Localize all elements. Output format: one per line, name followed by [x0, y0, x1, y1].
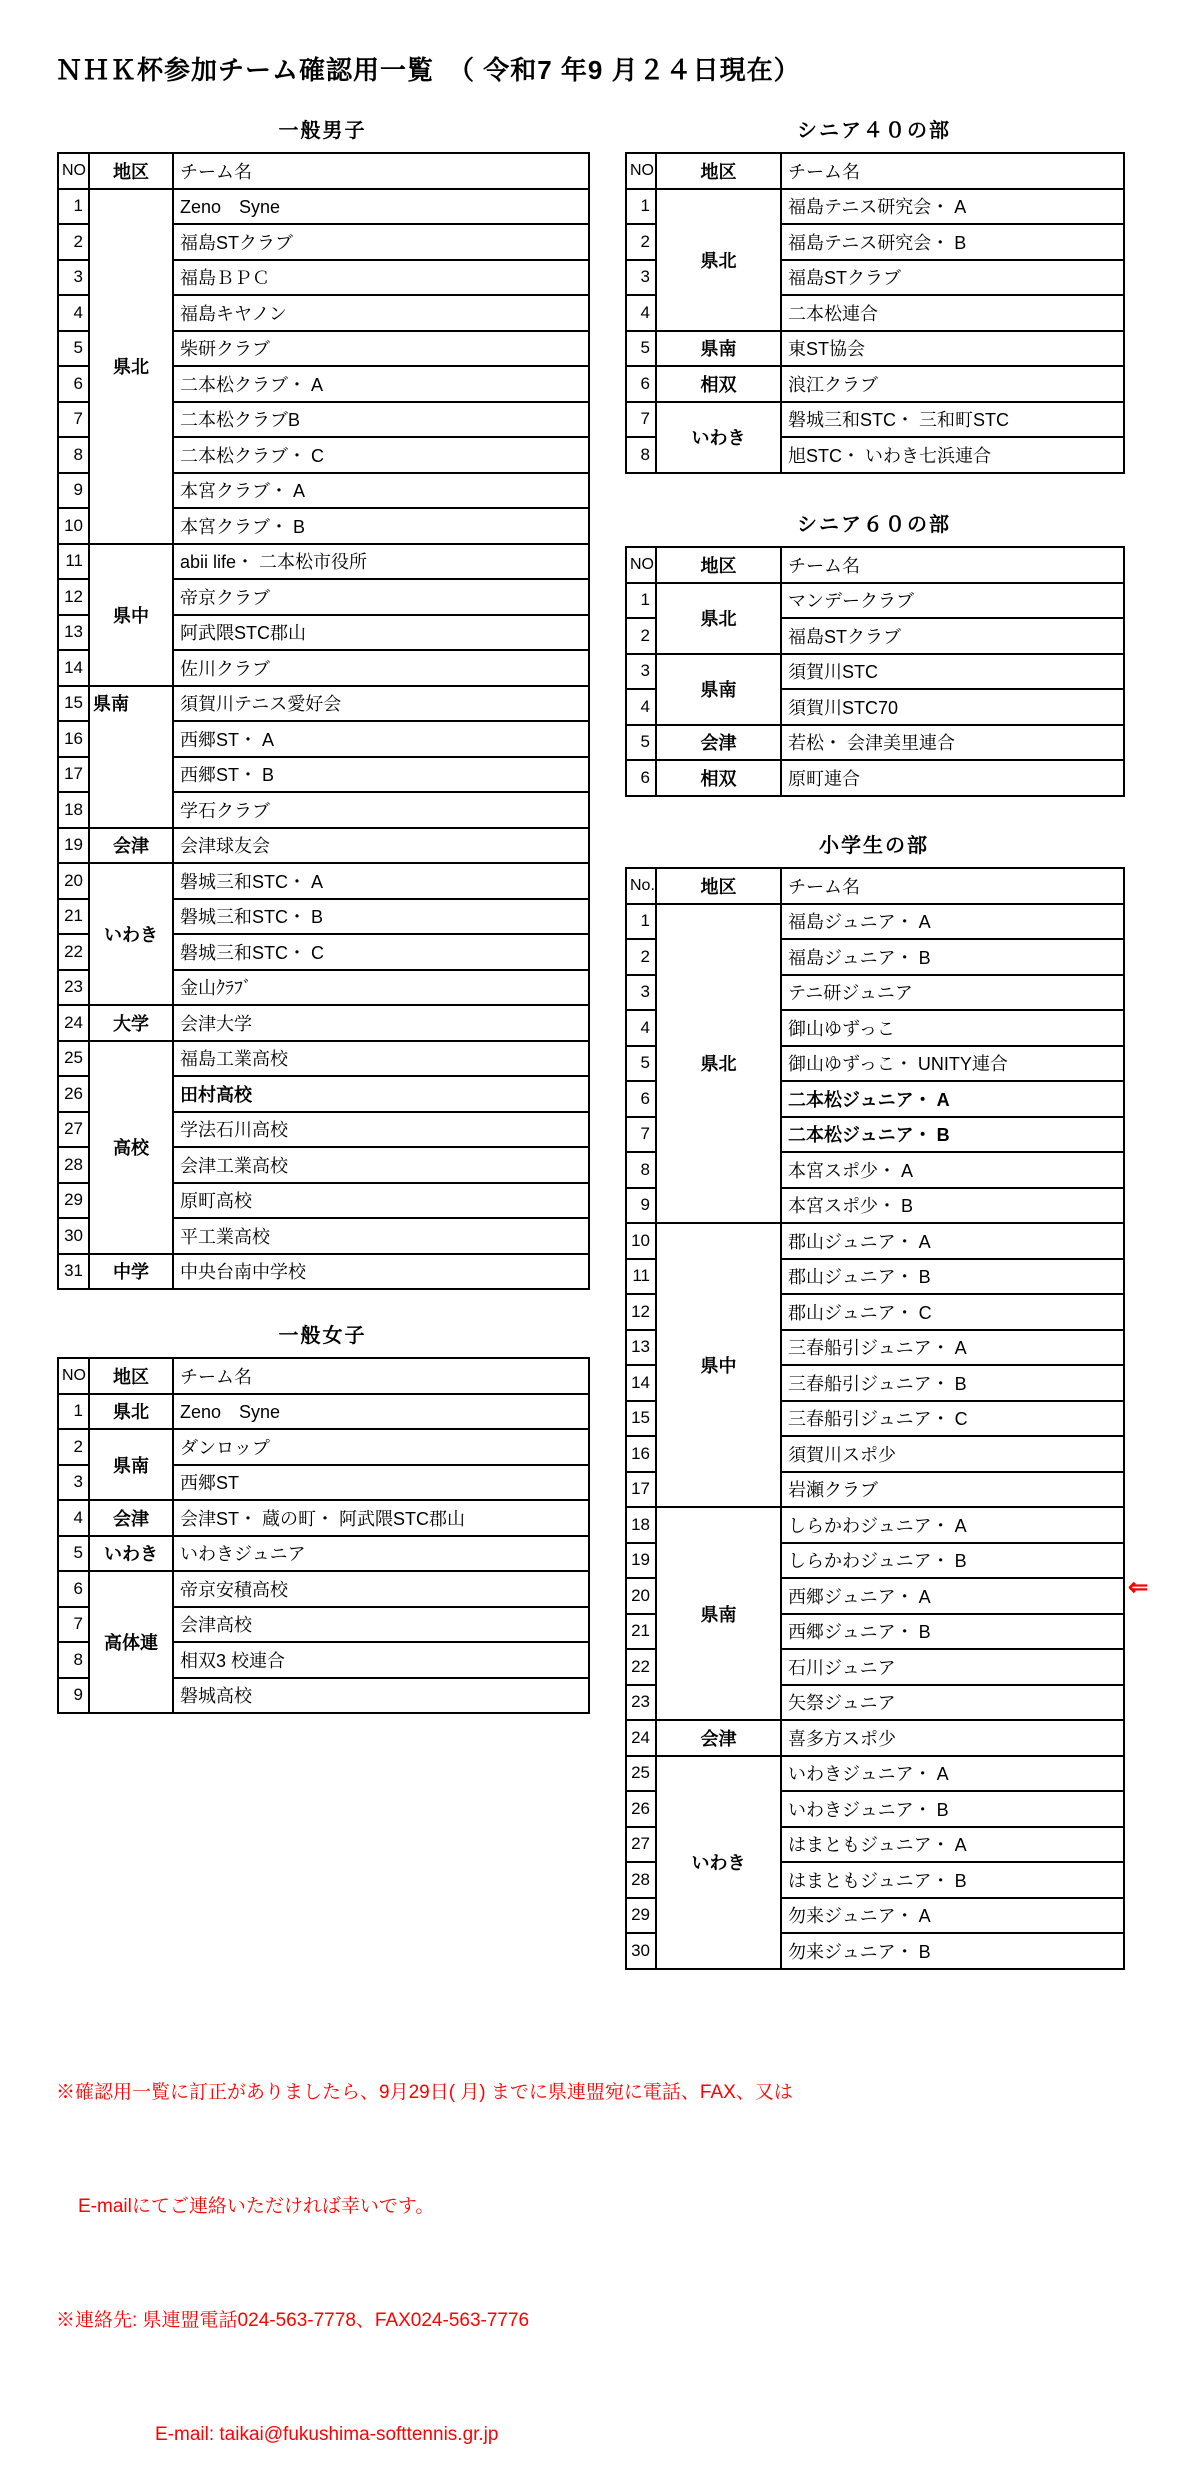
team-cell: 西郷ST	[173, 1465, 589, 1501]
no-cell: 9	[58, 473, 89, 509]
note-line: ※確認用一覧に訂正がありましたら、9月29日( 月) までに県連盟宛に電話、FA…	[56, 2074, 793, 2112]
no-cell: 19	[58, 828, 89, 864]
team-cell: 田村高校	[173, 1076, 589, 1112]
no-cell: 4	[626, 295, 656, 331]
table-row: 4会津会津ST・ 蔵の町・ 阿武隈STC郡山	[58, 1500, 589, 1536]
table-block-senior-40: シニア４０の部NO地区チーム名1県北福島テニス研究会・ A2福島テニス研究会・ …	[625, 114, 1123, 474]
team-cell: 郡山ジュニア・ C	[781, 1294, 1124, 1330]
no-cell: 1	[58, 189, 89, 225]
table-row: 3県南須賀川STC	[626, 654, 1124, 690]
table-row: 25いわきいわきジュニア・ A	[626, 1756, 1124, 1792]
no-cell: 24	[58, 1005, 89, 1041]
team-cell: 福島ジュニア・ A	[781, 904, 1124, 940]
team-cell: 会津ST・ 蔵の町・ 阿武隈STC郡山	[173, 1500, 589, 1536]
no-cell: 1	[626, 904, 656, 940]
district-cell: 会津	[656, 725, 781, 761]
team-cell: 会津大学	[173, 1005, 589, 1041]
note-email-line: E-mail: taikai@fukushima-softtennis.gr.j…	[56, 2416, 793, 2454]
table-row: 24会津喜多方スポ少	[626, 1720, 1124, 1756]
district-cell: 会津	[89, 828, 173, 864]
team-cell: 二本松連合	[781, 295, 1124, 331]
no-cell: 6	[58, 1571, 89, 1607]
no-cell: 15	[58, 686, 89, 722]
no-cell: 13	[58, 615, 89, 651]
no-cell: 23	[58, 970, 89, 1006]
team-cell: 西郷ジュニア・ A	[781, 1578, 1124, 1614]
team-cell: 郡山ジュニア・ B	[781, 1259, 1124, 1295]
team-cell: 矢祭ジュニア	[781, 1685, 1124, 1721]
team-cell: 原町連合	[781, 760, 1124, 796]
team-cell: abii life・ 二本松市役所	[173, 544, 589, 580]
no-cell: 16	[626, 1436, 656, 1472]
team-cell: 若松・ 会津美里連合	[781, 725, 1124, 761]
column-header-no: NO	[626, 547, 656, 583]
no-cell: 12	[626, 1294, 656, 1330]
district-cell: 県北	[656, 904, 781, 1224]
team-cell: 旭STC・ いわき七浜連合	[781, 437, 1124, 473]
team-cell: いわきジュニア	[173, 1536, 589, 1572]
no-cell: 21	[58, 899, 89, 935]
team-cell: 岩瀬クラブ	[781, 1472, 1124, 1508]
team-cell: 金山ｸﾗﾌﾞ	[173, 970, 589, 1006]
no-cell: 1	[626, 583, 656, 619]
district-cell: 県北	[89, 189, 173, 544]
section-title: 一般女子	[57, 1319, 588, 1348]
column-header-team: チーム名	[173, 1358, 589, 1394]
no-cell: 9	[626, 1188, 656, 1224]
team-cell: 郡山ジュニア・ A	[781, 1223, 1124, 1259]
no-cell: 22	[58, 934, 89, 970]
team-cell: 御山ゆずっこ	[781, 1010, 1124, 1046]
district-cell: 県南	[656, 331, 781, 367]
team-cell: はまともジュニア・ B	[781, 1862, 1124, 1898]
district-cell: 県北	[656, 189, 781, 331]
team-cell: 福島ジュニア・ B	[781, 939, 1124, 975]
team-cell: 学石クラブ	[173, 792, 589, 828]
no-cell: 7	[626, 402, 656, 438]
no-cell: 6	[626, 1081, 656, 1117]
general-men-table: NO地区チーム名1県北Zeno Syne2福島STクラブ3福島ＢＰＣ4福島キヤノ…	[57, 152, 590, 1290]
team-cell: 本宮スポ少・ B	[781, 1188, 1124, 1224]
district-cell: 高校	[89, 1041, 173, 1254]
no-cell: 4	[58, 295, 89, 331]
column-header-team: チーム名	[781, 868, 1124, 904]
team-cell: 磐城三和STC・ C	[173, 934, 589, 970]
table-row: 6相双原町連合	[626, 760, 1124, 796]
team-cell: 福島テニス研究会・ A	[781, 189, 1124, 225]
team-cell: 相双3 校連合	[173, 1642, 589, 1678]
no-cell: 5	[626, 725, 656, 761]
district-cell: 県北	[89, 1394, 173, 1430]
header-row: NO地区チーム名	[626, 153, 1124, 189]
no-cell: 11	[626, 1259, 656, 1295]
team-cell: 会津高校	[173, 1607, 589, 1643]
table-row: 5会津若松・ 会津美里連合	[626, 725, 1124, 761]
no-cell: 23	[626, 1685, 656, 1721]
table-block-senior-60: シニア６０の部NO地区チーム名1県北マンデークラブ2福島STクラブ3県南須賀川S…	[625, 508, 1123, 797]
no-cell: 30	[58, 1218, 89, 1254]
district-cell: 県中	[656, 1223, 781, 1507]
team-cell: マンデークラブ	[781, 583, 1124, 619]
no-cell: 15	[626, 1401, 656, 1437]
no-cell: 2	[626, 618, 656, 654]
team-cell: 二本松ジュニア・ B	[781, 1117, 1124, 1153]
team-cell: ダンロップ	[173, 1429, 589, 1465]
team-cell: 二本松クラブB	[173, 402, 589, 438]
no-cell: 17	[58, 757, 89, 793]
no-cell: 6	[58, 366, 89, 402]
no-cell: 5	[626, 331, 656, 367]
no-cell: 7	[626, 1117, 656, 1153]
team-cell: 帝京安積高校	[173, 1571, 589, 1607]
no-cell: 3	[58, 260, 89, 296]
district-cell: 県南	[656, 654, 781, 725]
header-row: No.地区チーム名	[626, 868, 1124, 904]
team-cell: 中央台南中学校	[173, 1254, 589, 1290]
column-header-dist: 地区	[656, 547, 781, 583]
district-cell: 高体連	[89, 1571, 173, 1713]
team-cell: 西郷ST・ B	[173, 757, 589, 793]
no-cell: 3	[626, 975, 656, 1011]
table-row: 25高校福島工業高校	[58, 1041, 589, 1077]
district-cell: いわき	[89, 1536, 173, 1572]
column-header-team: チーム名	[781, 153, 1124, 189]
column-header-no: NO	[58, 153, 89, 189]
no-cell: 16	[58, 721, 89, 757]
team-cell: テニ研ジュニア	[781, 975, 1124, 1011]
section-title: シニア６０の部	[625, 508, 1123, 537]
no-cell: 8	[58, 437, 89, 473]
team-cell: 帝京クラブ	[173, 579, 589, 615]
team-cell: 福島STクラブ	[781, 260, 1124, 296]
no-cell: 14	[626, 1365, 656, 1401]
table-block-general-men: 一般男子NO地区チーム名1県北Zeno Syne2福島STクラブ3福島ＢＰＣ4福…	[57, 114, 588, 1290]
team-cell: 福島キヤノン	[173, 295, 589, 331]
no-cell: 1	[626, 189, 656, 225]
team-cell: 西郷ST・ A	[173, 721, 589, 757]
table-row: 5いわきいわきジュニア	[58, 1536, 589, 1572]
section-title: 一般男子	[57, 114, 588, 143]
header-row: NO地区チーム名	[626, 547, 1124, 583]
no-cell: 14	[58, 650, 89, 686]
no-cell: 27	[58, 1112, 89, 1148]
district-cell: いわき	[89, 863, 173, 1005]
no-cell: 2	[58, 224, 89, 260]
table-row: 31中学中央台南中学校	[58, 1254, 589, 1290]
column-header-dist: 地区	[89, 1358, 173, 1394]
table-block-elementary: 小学生の部No.地区チーム名1県北福島ジュニア・ A2福島ジュニア・ B3テニ研…	[625, 829, 1123, 1970]
no-cell: 19	[626, 1543, 656, 1579]
no-cell: 26	[58, 1076, 89, 1112]
team-cell: Zeno Syne	[173, 189, 589, 225]
table-row: 2県南ダンロップ	[58, 1429, 589, 1465]
senior-60-table: NO地区チーム名1県北マンデークラブ2福島STクラブ3県南須賀川STC4須賀川S…	[625, 546, 1125, 797]
team-cell: 磐城三和STC・ A	[173, 863, 589, 899]
no-cell: 22	[626, 1649, 656, 1685]
table-row: 1県北Zeno Syne	[58, 189, 589, 225]
table-row: 1県北Zeno Syne	[58, 1394, 589, 1430]
team-cell: しらかわジュニア・ B	[781, 1543, 1124, 1579]
district-cell: 会津	[656, 1720, 781, 1756]
team-cell: 本宮クラブ・ B	[173, 508, 589, 544]
team-cell: 佐川クラブ	[173, 650, 589, 686]
no-cell: 13	[626, 1330, 656, 1366]
no-cell: 28	[58, 1147, 89, 1183]
district-cell: 相双	[656, 366, 781, 402]
team-cell: いわきジュニア・ B	[781, 1791, 1124, 1827]
team-cell: 西郷ジュニア・ B	[781, 1614, 1124, 1650]
table-row: 1県北福島ジュニア・ A	[626, 904, 1124, 940]
no-cell: 20	[626, 1578, 656, 1614]
no-cell: 5	[58, 331, 89, 367]
column-header-dist: 地区	[656, 868, 781, 904]
no-cell: 25	[626, 1756, 656, 1792]
team-cell: 学法石川高校	[173, 1112, 589, 1148]
no-cell: 6	[626, 760, 656, 796]
team-cell: 柴研クラブ	[173, 331, 589, 367]
team-cell: 三春船引ジュニア・ C	[781, 1401, 1124, 1437]
district-cell: 相双	[656, 760, 781, 796]
column-header-no: No.	[626, 868, 656, 904]
team-cell: 浪江クラブ	[781, 366, 1124, 402]
team-cell: 須賀川STC	[781, 654, 1124, 690]
no-cell: 28	[626, 1862, 656, 1898]
team-cell: 阿武隈STC郡山	[173, 615, 589, 651]
table-row: 11県中abii life・ 二本松市役所	[58, 544, 589, 580]
district-cell: いわき	[656, 402, 781, 473]
no-cell: 3	[626, 260, 656, 296]
no-cell: 8	[626, 437, 656, 473]
no-cell: 25	[58, 1041, 89, 1077]
highlight-arrow-icon: ⇐	[1128, 1576, 1148, 1600]
district-cell: 県北	[656, 583, 781, 654]
no-cell: 2	[626, 224, 656, 260]
column-header-team: チーム名	[781, 547, 1124, 583]
no-cell: 18	[626, 1507, 656, 1543]
team-cell: 石川ジュニア	[781, 1649, 1124, 1685]
district-cell: 県中	[89, 544, 173, 686]
team-cell: いわきジュニア・ A	[781, 1756, 1124, 1792]
team-cell: 勿来ジュニア・ B	[781, 1933, 1124, 1969]
team-cell: 会津工業高校	[173, 1147, 589, 1183]
team-cell: 福島ＢＰＣ	[173, 260, 589, 296]
team-cell: 須賀川テニス愛好会	[173, 686, 589, 722]
team-cell: 喜多方スポ少	[781, 1720, 1124, 1756]
section-title: シニア４０の部	[625, 114, 1123, 143]
no-cell: 20	[58, 863, 89, 899]
team-cell: 三春船引ジュニア・ A	[781, 1330, 1124, 1366]
no-cell: 24	[626, 1720, 656, 1756]
district-cell: いわき	[656, 1756, 781, 1969]
team-cell: 平工業高校	[173, 1218, 589, 1254]
no-cell: 11	[58, 544, 89, 580]
page-title: ＮＨＫ杯参加チーム確認用一覧 （ 令和7 年9 月２４日現在）	[56, 50, 801, 87]
team-cell: 福島STクラブ	[173, 224, 589, 260]
no-cell: 29	[58, 1183, 89, 1219]
no-cell: 5	[58, 1536, 89, 1572]
header-row: NO地区チーム名	[58, 153, 589, 189]
district-cell: 中学	[89, 1254, 173, 1290]
table-row: 5県南東ST協会	[626, 331, 1124, 367]
table-row: 6高体連帝京安積高校	[58, 1571, 589, 1607]
no-cell: 4	[626, 689, 656, 725]
no-cell: 30	[626, 1933, 656, 1969]
no-cell: 4	[626, 1010, 656, 1046]
no-cell: 26	[626, 1791, 656, 1827]
column-header-team: チーム名	[173, 153, 589, 189]
district-cell: 会津	[89, 1500, 173, 1536]
no-cell: 7	[58, 1607, 89, 1643]
footer-notes: ※確認用一覧に訂正がありましたら、9月29日( 月) までに県連盟宛に電話、FA…	[56, 1998, 793, 2492]
team-cell: 須賀川STC70	[781, 689, 1124, 725]
table-row: 1県北福島テニス研究会・ A	[626, 189, 1124, 225]
team-cell: 会津球友会	[173, 828, 589, 864]
column-header-no: NO	[626, 153, 656, 189]
table-block-general-women: 一般女子NO地区チーム名1県北Zeno Syne2県南ダンロップ3西郷ST4会津…	[57, 1319, 588, 1714]
no-cell: 5	[626, 1046, 656, 1082]
team-cell: 三春船引ジュニア・ B	[781, 1365, 1124, 1401]
team-cell: 福島工業高校	[173, 1041, 589, 1077]
district-cell: 大学	[89, 1005, 173, 1041]
table-row: 19会津会津球友会	[58, 828, 589, 864]
district-cell: 県南	[89, 686, 173, 828]
no-cell: 18	[58, 792, 89, 828]
team-cell: 二本松クラブ・ C	[173, 437, 589, 473]
team-cell: 勿来ジュニア・ A	[781, 1898, 1124, 1934]
table-row: 15県南須賀川テニス愛好会	[58, 686, 589, 722]
no-cell: 10	[58, 508, 89, 544]
table-row: 7いわき磐城三和STC・ 三和町STC	[626, 402, 1124, 438]
team-cell: 須賀川スポ少	[781, 1436, 1124, 1472]
no-cell: 3	[626, 654, 656, 690]
team-cell: 二本松クラブ・ A	[173, 366, 589, 402]
no-cell: 2	[58, 1429, 89, 1465]
team-cell: 本宮クラブ・ A	[173, 473, 589, 509]
column-header-dist: 地区	[656, 153, 781, 189]
table-row: 20いわき磐城三和STC・ A	[58, 863, 589, 899]
no-cell: 31	[58, 1254, 89, 1290]
no-cell: 12	[58, 579, 89, 615]
no-cell: 8	[626, 1152, 656, 1188]
no-cell: 9	[58, 1678, 89, 1714]
team-cell: 磐城三和STC・ 三和町STC	[781, 402, 1124, 438]
no-cell: 7	[58, 402, 89, 438]
note-line: E-mailにてご連絡いただければ幸いです。	[56, 2188, 793, 2226]
team-cell: 福島STクラブ	[781, 618, 1124, 654]
no-cell: 21	[626, 1614, 656, 1650]
no-cell: 3	[58, 1465, 89, 1501]
general-women-table: NO地区チーム名1県北Zeno Syne2県南ダンロップ3西郷ST4会津会津ST…	[57, 1357, 590, 1714]
no-cell: 2	[626, 939, 656, 975]
no-cell: 8	[58, 1642, 89, 1678]
no-cell: 29	[626, 1898, 656, 1934]
table-row: 1県北マンデークラブ	[626, 583, 1124, 619]
elementary-table: No.地区チーム名1県北福島ジュニア・ A2福島ジュニア・ B3テニ研ジュニア4…	[625, 867, 1125, 1970]
team-cell: 東ST協会	[781, 331, 1124, 367]
section-title: 小学生の部	[625, 829, 1123, 858]
team-cell: Zeno Syne	[173, 1394, 589, 1430]
team-cell: 磐城三和STC・ B	[173, 899, 589, 935]
senior-40-table: NO地区チーム名1県北福島テニス研究会・ A2福島テニス研究会・ B3福島STク…	[625, 152, 1125, 474]
table-row: 6相双浪江クラブ	[626, 366, 1124, 402]
table-row: 24大学会津大学	[58, 1005, 589, 1041]
table-row: 10県中郡山ジュニア・ A	[626, 1223, 1124, 1259]
no-cell: 17	[626, 1472, 656, 1508]
team-cell: 福島テニス研究会・ B	[781, 224, 1124, 260]
no-cell: 6	[626, 366, 656, 402]
note-line: ※連絡先: 県連盟電話024-563-7778、FAX024-563-7776	[56, 2302, 793, 2340]
team-cell: 原町高校	[173, 1183, 589, 1219]
no-cell: 10	[626, 1223, 656, 1259]
team-cell: 磐城高校	[173, 1678, 589, 1714]
column-header-dist: 地区	[89, 153, 173, 189]
team-cell: 本宮スポ少・ A	[781, 1152, 1124, 1188]
district-cell: 県南	[656, 1507, 781, 1720]
district-cell: 県南	[89, 1429, 173, 1500]
team-cell: はまともジュニア・ A	[781, 1827, 1124, 1863]
no-cell: 27	[626, 1827, 656, 1863]
team-cell: しらかわジュニア・ A	[781, 1507, 1124, 1543]
no-cell: 4	[58, 1500, 89, 1536]
table-row: 18県南しらかわジュニア・ A	[626, 1507, 1124, 1543]
team-cell: 二本松ジュニア・ A	[781, 1081, 1124, 1117]
no-cell: 1	[58, 1394, 89, 1430]
column-header-no: NO	[58, 1358, 89, 1394]
team-cell: 御山ゆずっこ・ UNITY連合	[781, 1046, 1124, 1082]
header-row: NO地区チーム名	[58, 1358, 589, 1394]
